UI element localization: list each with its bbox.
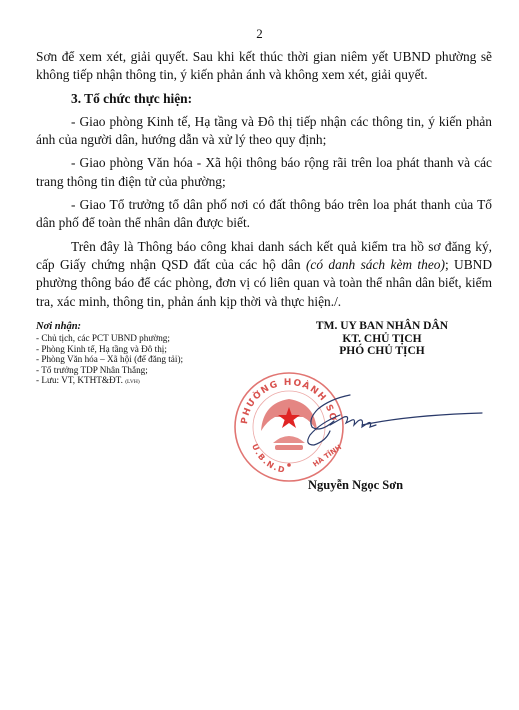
recipient-item: - Phòng Văn hóa – Xã hội (để đăng tải); (36, 354, 183, 365)
closing-paragraph: Trên đây là Thông báo công khai danh sác… (36, 238, 492, 311)
section-heading: 3. Tổ chức thực hiện: (36, 90, 492, 108)
recipients-title: Nơi nhận: (36, 321, 183, 333)
attachment-note: (có danh sách kèm theo) (306, 257, 445, 272)
signature-line-1: TM. UY BAN NHÂN DÂN (262, 320, 502, 333)
signer-name: Nguyễn Ngọc Sơn (308, 478, 403, 493)
assignment-item-2: - Giao phòng Văn hóa - Xã hội thông báo … (36, 154, 492, 191)
document-body: Sơn để xem xét, giải quyết. Sau khi kết … (36, 48, 492, 311)
assignment-item-3: - Giao Tổ trưởng tổ dân phố nơi có đất t… (36, 196, 492, 233)
archive-note: (LVH) (125, 379, 139, 385)
recipient-item: - Chủ tịch, các PCT UBND phường; (36, 333, 183, 344)
assignment-item-1: - Giao phòng Kinh tế, Hạ tầng và Đô thị … (36, 113, 492, 150)
signature-block: TM. UY BAN NHÂN DÂN KT. CHỦ TỊCH PHÓ CHỦ… (262, 320, 502, 358)
handwritten-signature-icon (300, 385, 485, 460)
signature-line-2: KT. CHỦ TỊCH (262, 333, 502, 346)
continuation-paragraph: Sơn để xem xét, giải quyết. Sau khi kết … (36, 48, 492, 85)
recipient-item: - Phòng Kinh tế, Hạ tầng và Đô thị; (36, 344, 183, 355)
recipient-item-archive: - Lưu: VT, KTHT&ĐT. (LVH) (36, 375, 183, 388)
page-number: 2 (0, 26, 519, 42)
recipient-item: - Tổ trưởng TDP Nhân Thắng; (36, 365, 183, 376)
signature-line-3: PHÓ CHỦ TỊCH (262, 345, 502, 358)
recipients-list: Nơi nhận: - Chủ tịch, các PCT UBND phườn… (36, 321, 183, 388)
